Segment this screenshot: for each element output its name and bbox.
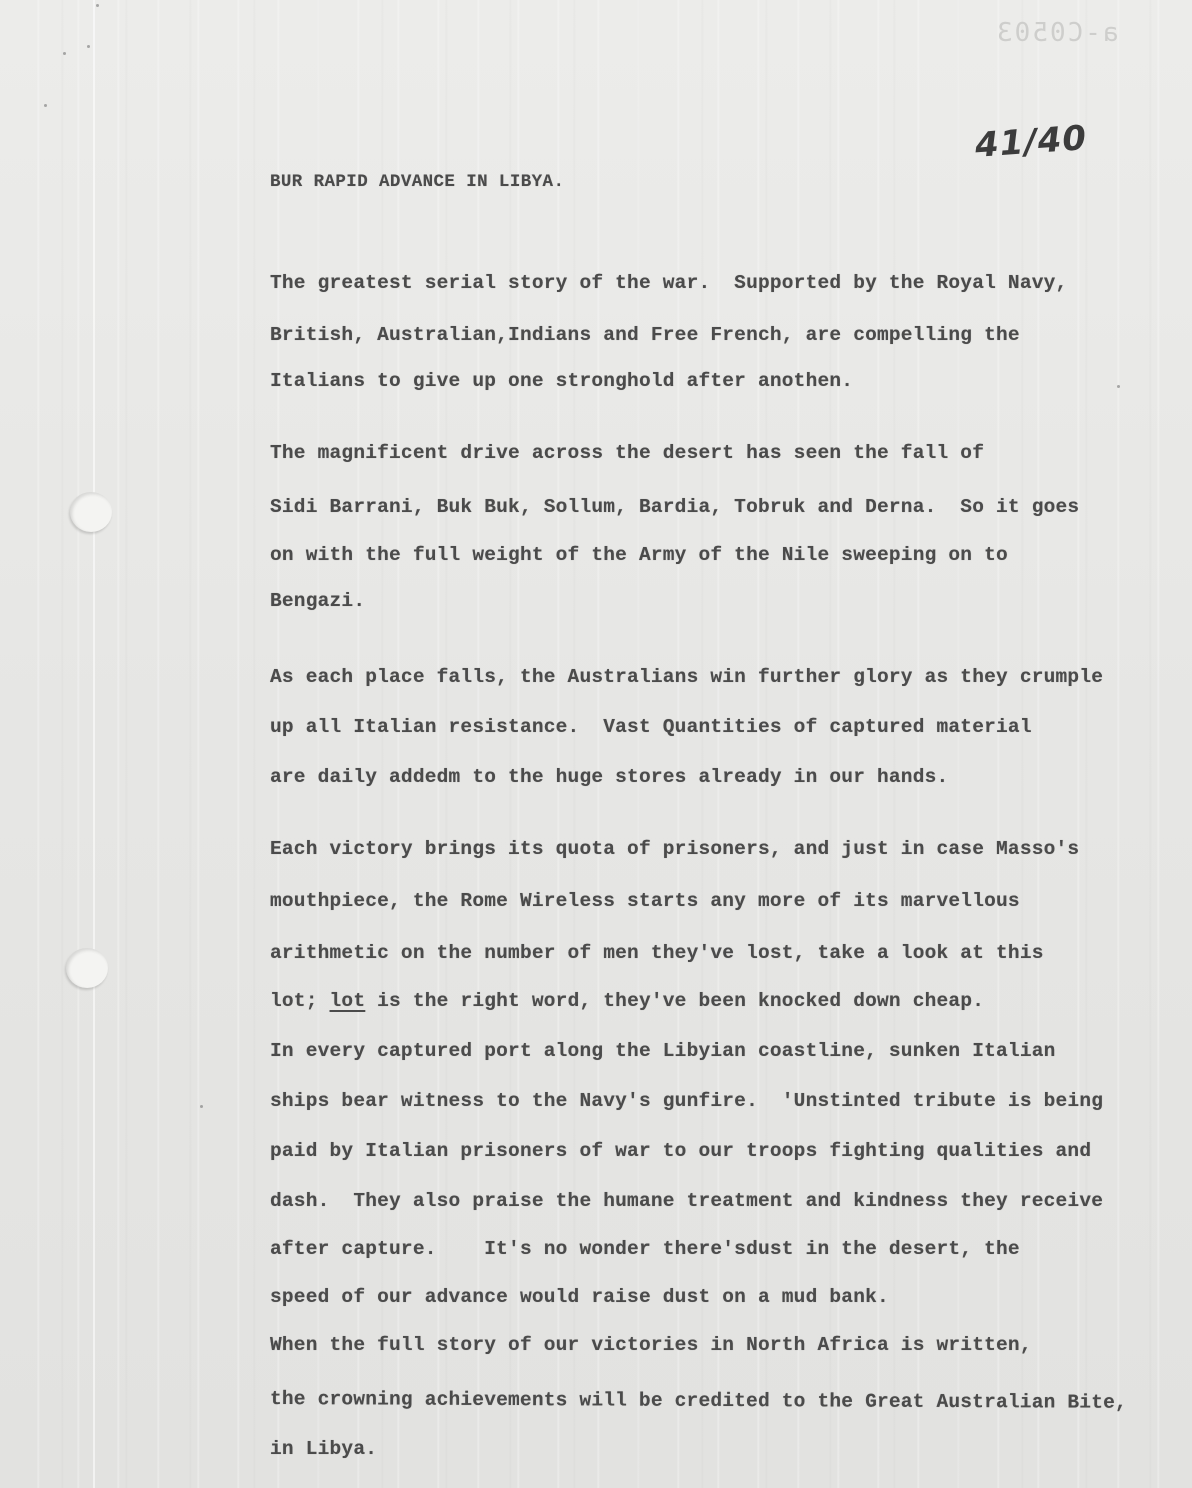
- paper-speck: [96, 4, 99, 7]
- text-segment: is the right word, they've been knocked …: [365, 990, 984, 1012]
- paragraph-4-line-3: arithmetic on the number of men they've …: [270, 942, 1044, 964]
- text-segment: lot;: [270, 990, 330, 1012]
- paper-speck: [44, 104, 47, 107]
- paragraph-5-line-6: speed of our advance would raise dust on…: [270, 1286, 889, 1308]
- paragraph-1-line-3: Italians to give up one stronghold after…: [270, 370, 853, 392]
- paragraph-6-line-1: When the full story of our victories in …: [270, 1334, 1032, 1356]
- document-title: BUR RAPID ADVANCE IN LIBYA.: [270, 172, 564, 192]
- paragraph-1-line-2: British, Australian,Indians and Free Fre…: [270, 324, 1020, 346]
- typewritten-document-page: a-C0503 41/40 BUR RAPID ADVANCE IN LIBYA…: [0, 0, 1192, 1488]
- paragraph-3-line-2: up all Italian resistance. Vast Quantiti…: [270, 716, 1032, 738]
- punch-hole-bottom: [66, 948, 108, 988]
- paragraph-3-line-3: are daily addedm to the huge stores alre…: [270, 766, 948, 788]
- paragraph-6-line-2: the crowning achievements will be credit…: [270, 1388, 1127, 1414]
- paragraph-4-line-1: Each victory brings its quota of prisone…: [270, 838, 1079, 860]
- archive-stamp: a-C0503: [995, 18, 1119, 48]
- punch-hole-top: [70, 492, 112, 532]
- paragraph-2-line-4: Bengazi.: [270, 590, 365, 612]
- paragraph-5-line-3: paid by Italian prisoners of war to our …: [270, 1140, 1091, 1162]
- paragraph-5-line-4: dash. They also praise the humane treatm…: [270, 1190, 1103, 1212]
- paragraph-4-line-4: lot; lot is the right word, they've been…: [270, 990, 984, 1012]
- paragraph-1-line-1: The greatest serial story of the war. Su…: [270, 272, 1067, 294]
- paragraph-5-line-2: ships bear witness to the Navy's gunfire…: [270, 1090, 1103, 1112]
- paragraph-6-line-3: in Libya.: [270, 1438, 377, 1460]
- paper-speck: [87, 45, 90, 48]
- paper-speck: [1117, 385, 1120, 388]
- paragraph-5-line-1: In every captured port along the Libyian…: [270, 1040, 1056, 1062]
- handwritten-folio-number: 41/40: [974, 118, 1089, 166]
- paragraph-2-line-3: on with the full weight of the Army of t…: [270, 544, 1008, 566]
- paragraph-2-line-1: The magnificent drive across the desert …: [270, 442, 984, 464]
- paragraph-4-line-2: mouthpiece, the Rome Wireless starts any…: [270, 890, 1020, 912]
- underlined-word: lot: [330, 990, 366, 1012]
- paragraph-2-line-2: Sidi Barrani, Buk Buk, Sollum, Bardia, T…: [270, 496, 1079, 518]
- paper-speck: [63, 52, 66, 55]
- paragraph-5-line-5: after capture. It's no wonder there'sdus…: [270, 1238, 1020, 1260]
- paper-speck: [200, 1105, 203, 1108]
- paper-crease: [93, 0, 95, 1488]
- paragraph-3-line-1: As each place falls, the Australians win…: [270, 666, 1103, 688]
